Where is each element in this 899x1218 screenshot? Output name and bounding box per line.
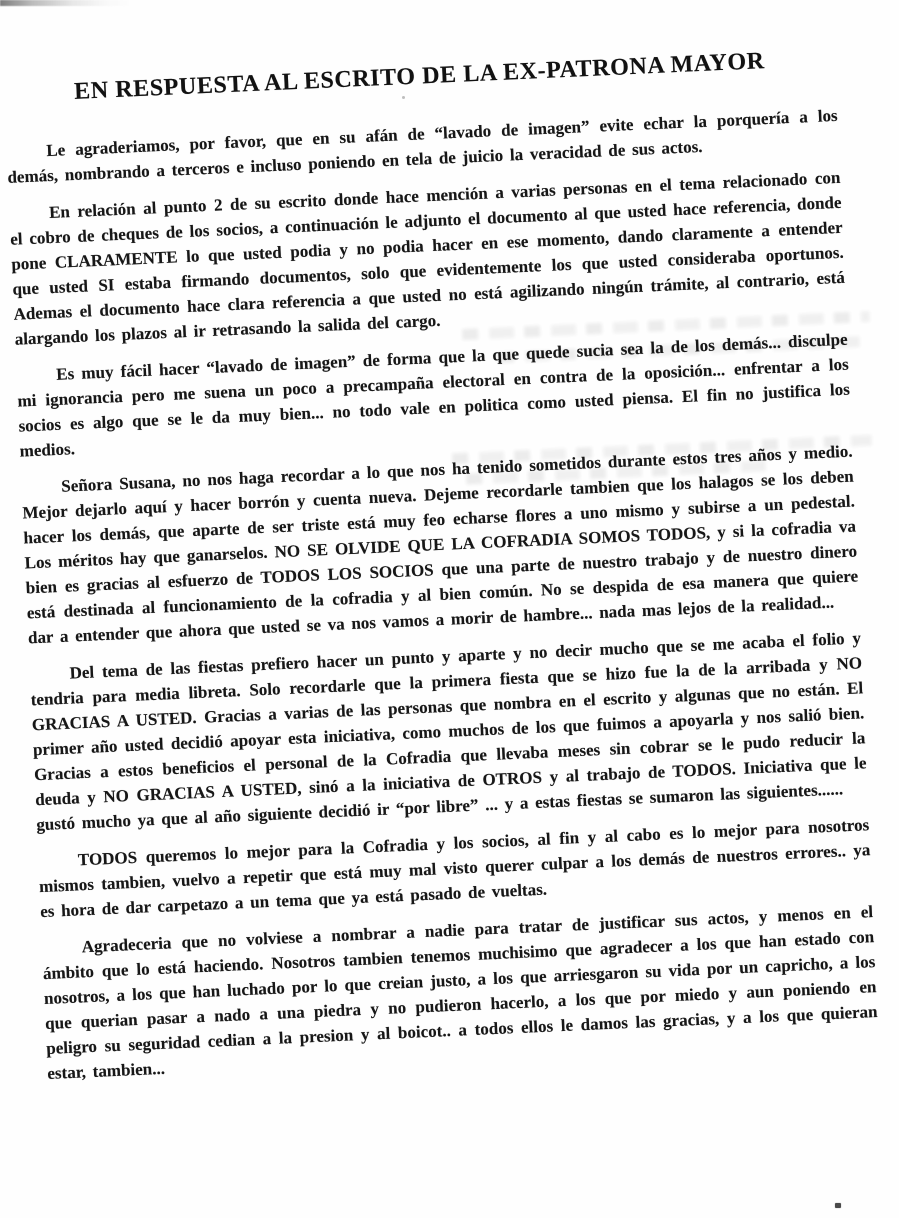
paragraph-7: Agradeceria que no volviese a nombrar a … [41,899,879,1086]
paragraph-5: Del tema de las fiestas prefiero hacer u… [29,625,868,837]
paragraph-4: Señora Susana, no nos haga recordar a lo… [21,439,860,651]
paragraph-3: Es muy fácil hacer “lavado de imagen” de… [16,327,852,464]
letter-content: EN RESPUESTA AL ESCRITO DE LA EX-PATRONA… [2,17,880,1098]
paragraph-2: En relación al punto 2 de su escrito don… [9,165,847,352]
scan-speck-bottom-right [835,1203,841,1208]
scan-smudge-top-left [0,0,132,6]
document-title: EN RESPUESTA AL ESCRITO DE LA EX-PATRONA… [3,42,836,112]
scanned-document-page: EN RESPUESTA AL ESCRITO DE LA EX-PATRONA… [0,0,899,1218]
